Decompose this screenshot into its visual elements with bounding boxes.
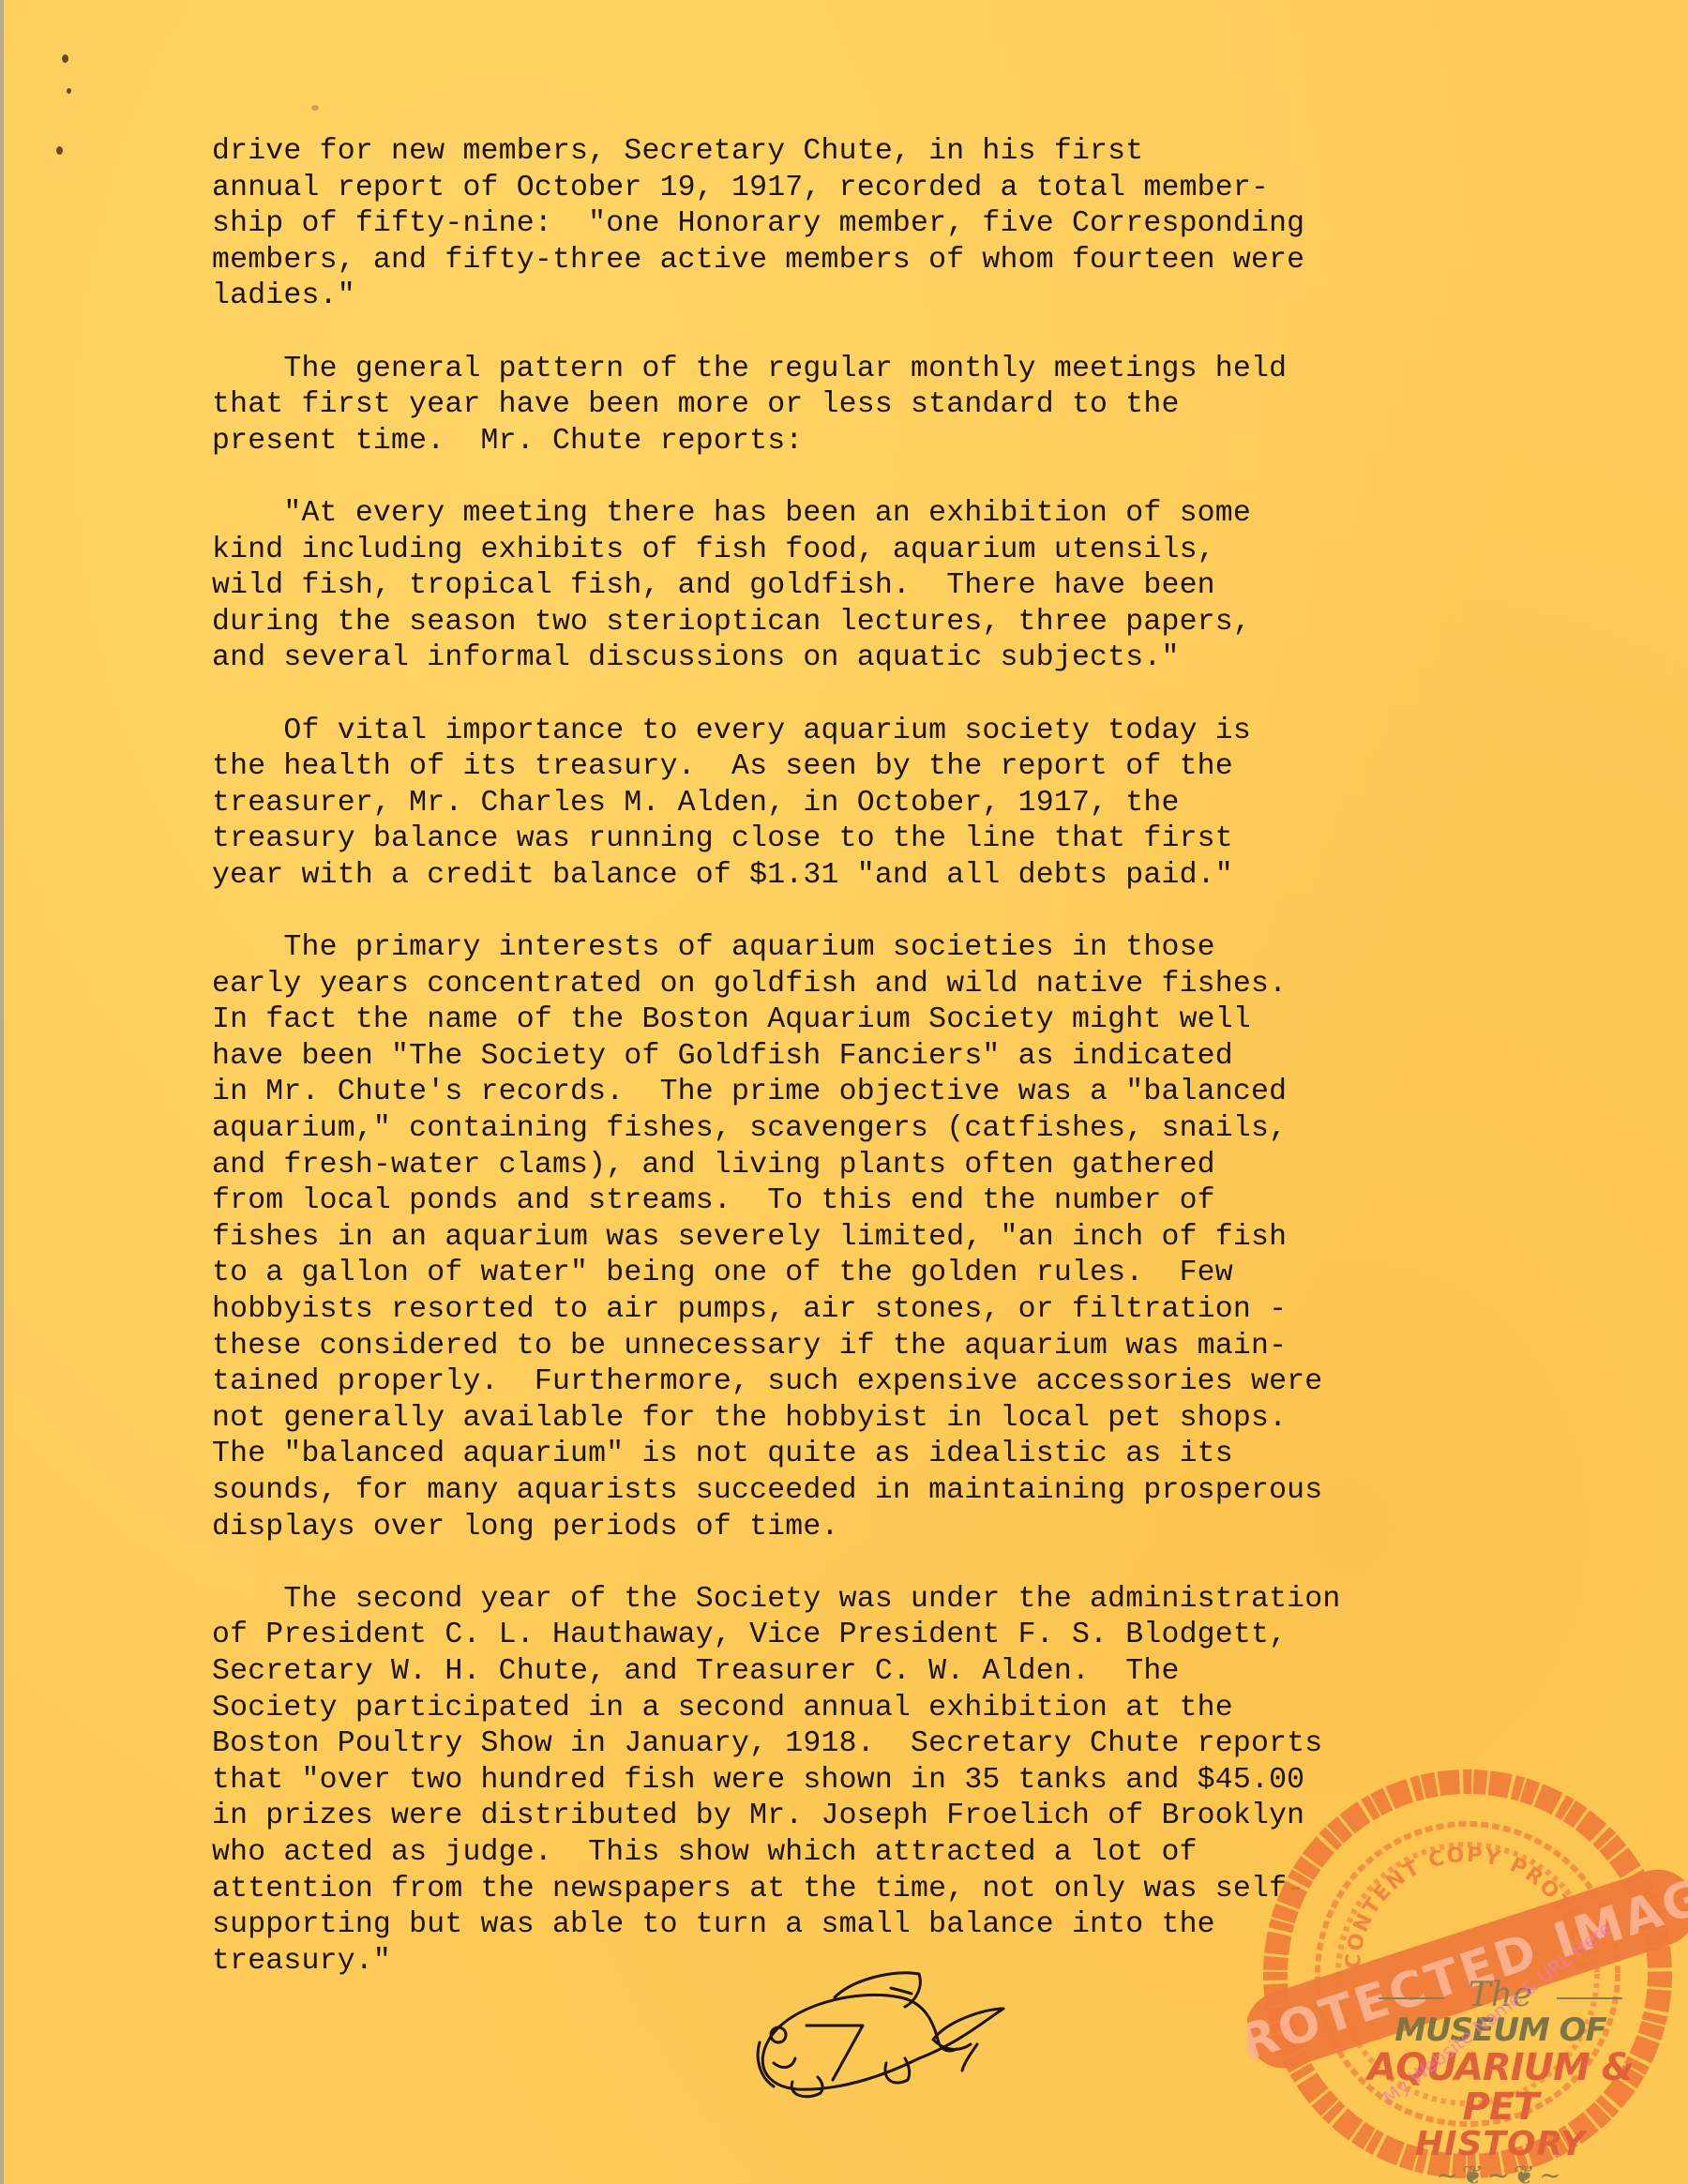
punch-hole-mark (56, 146, 63, 155)
paragraph-primary-interests: The primary interests of aquarium societ… (212, 930, 1581, 1545)
text-line: The "balanced aquarium" is not quite as … (212, 1437, 1581, 1473)
scanned-document-page: drive for new members, Secretary Chute, … (0, 0, 1688, 2184)
text-line: that first year have been more or less s… (212, 387, 1581, 424)
text-line: Boston Poultry Show in January, 1918. Se… (212, 1726, 1581, 1763)
text-line: displays over long periods of time. (212, 1510, 1581, 1546)
text-line: Society participated in a second annual … (212, 1691, 1581, 1727)
text-line: wild fish, tropical fish, and goldfish. … (212, 568, 1581, 605)
text-line: during the season two sterioptican lectu… (212, 605, 1581, 641)
text-line: present time. Mr. Chute reports: (212, 424, 1581, 460)
text-line: treasury balance was running close to th… (212, 821, 1581, 858)
text-line: these considered to be unnecessary if th… (212, 1329, 1581, 1365)
text-line: Of vital importance to every aquarium so… (212, 714, 1581, 750)
text-line: not generally available for the hobbyist… (212, 1401, 1581, 1438)
text-line: year with a credit balance of $1.31 "and… (212, 858, 1581, 895)
text-line: treasurer, Mr. Charles M. Alden, in Octo… (212, 786, 1581, 822)
text-line: who acted as judge. This show which attr… (212, 1835, 1581, 1872)
text-line: early years concentrated on goldfish and… (212, 967, 1581, 1003)
text-line: hobbyists resorted to air pumps, air sto… (212, 1292, 1581, 1329)
text-line: aquarium," containing fishes, scavengers… (212, 1111, 1581, 1148)
text-line: in prizes were distributed by Mr. Joseph… (212, 1799, 1581, 1835)
text-line: the health of its treasury. As seen by t… (212, 749, 1581, 786)
paragraph-meeting-pattern: The general pattern of the regular month… (212, 352, 1581, 460)
paragraph-treasury: Of vital importance to every aquarium so… (212, 714, 1581, 895)
logo-aquarium-pet: AQUARIUM & PET (1341, 2048, 1660, 2127)
logo-ornament-icon: ~❦~❦~ (1341, 2162, 1660, 2184)
text-line: drive for new members, Secretary Chute, … (212, 134, 1581, 171)
text-line: "At every meeting there has been an exhi… (212, 496, 1581, 533)
text-line: kind including exhibits of fish food, aq… (212, 533, 1581, 569)
paper-speck (311, 105, 319, 111)
text-line: The primary interests of aquarium societ… (212, 930, 1581, 967)
document-body: drive for new members, Secretary Chute, … (212, 134, 1581, 2016)
text-line: in Mr. Chute's records. The prime object… (212, 1075, 1581, 1111)
text-line: and several informal discussions on aqua… (212, 640, 1581, 677)
paragraph-second-year: The second year of the Society was under… (212, 1582, 1581, 1981)
text-line: members, and fifty-three active members … (212, 243, 1581, 279)
logo-history: HISTORY (1341, 2127, 1660, 2162)
logo-museum-of: MUSEUM OF (1341, 2012, 1660, 2048)
text-line: fishes in an aquarium was severely limit… (212, 1220, 1581, 1257)
text-line: annual report of October 19, 1917, recor… (212, 171, 1581, 207)
text-line: and fresh-water clams), and living plant… (212, 1148, 1581, 1184)
text-line: attention from the newspapers at the tim… (212, 1872, 1581, 1908)
page-edge-shadow (0, 0, 4, 2184)
fish-doodle-icon (731, 1969, 1032, 2138)
text-line: that "over two hundred fish were shown i… (212, 1763, 1581, 1800)
paragraph-membership: drive for new members, Secretary Chute, … (212, 134, 1581, 315)
text-line: from local ponds and streams. To this en… (212, 1183, 1581, 1220)
punch-hole-mark (62, 54, 68, 63)
text-line: supporting but was able to turn a small … (212, 1907, 1581, 1944)
text-line: ladies." (212, 279, 1581, 315)
text-line: tained properly. Furthermore, such expen… (212, 1364, 1581, 1401)
text-line: In fact the name of the Boston Aquarium … (212, 1002, 1581, 1039)
text-line: sounds, for many aquarists succeeded in … (212, 1473, 1581, 1510)
text-line: to a gallon of water" being one of the g… (212, 1256, 1581, 1292)
text-line: The general pattern of the regular month… (212, 352, 1581, 388)
text-line: ship of fifty-nine: "one Honorary member… (212, 206, 1581, 243)
text-line: of President C. L. Hauthaway, Vice Presi… (212, 1618, 1581, 1654)
text-line: Secretary W. H. Chute, and Treasurer C. … (212, 1654, 1581, 1691)
punch-hole-mark (67, 88, 71, 94)
text-line: have been "The Society of Goldfish Fanci… (212, 1039, 1581, 1076)
text-line: The second year of the Society was under… (212, 1582, 1581, 1619)
paragraph-chute-quote: "At every meeting there has been an exhi… (212, 496, 1581, 677)
